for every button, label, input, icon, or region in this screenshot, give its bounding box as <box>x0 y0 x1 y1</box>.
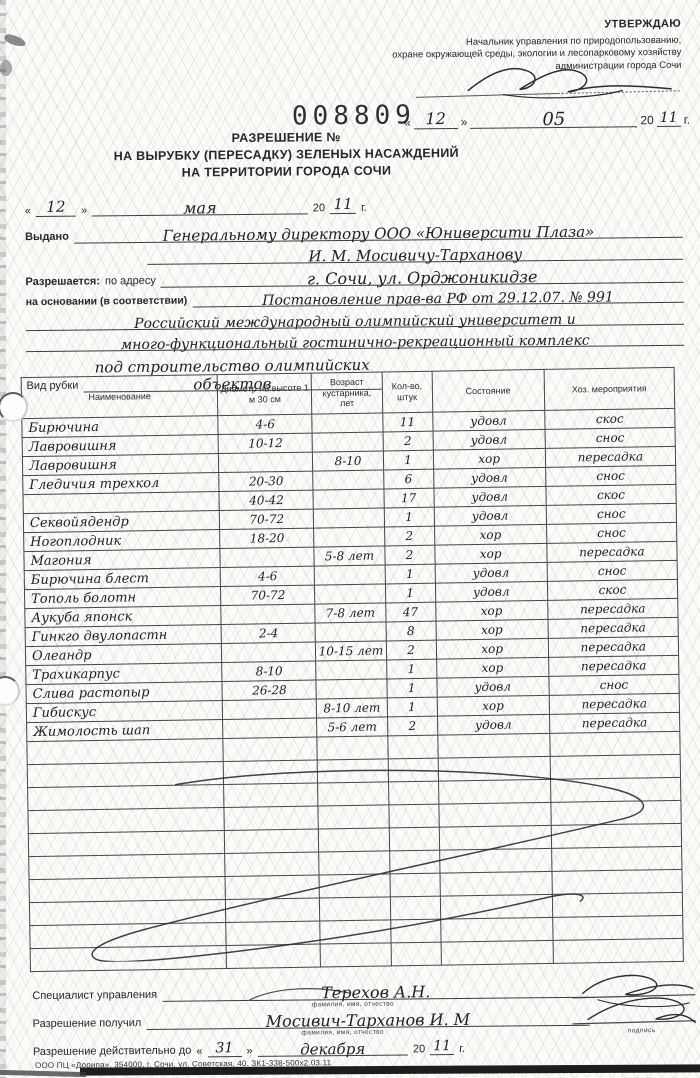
issued-to-label: Выдано <box>25 231 69 244</box>
document-sheet: УТВЕРЖДАЮ Начальник управления по природ… <box>0 0 700 1078</box>
validity-day: 31 <box>207 1040 241 1057</box>
validity-label: Разрешение действительно до <box>33 1045 192 1060</box>
receiver-name: Мосивич-Тарханов И. М <box>266 1010 471 1031</box>
scan-smudge <box>0 60 12 76</box>
quote-open: « <box>196 1045 202 1057</box>
specialist-name: Терехов А.Н. <box>321 982 430 1002</box>
basis-line: Российский международный олимпийский уни… <box>26 308 684 331</box>
validity-line: Разрешение действительно до « 31 » декаб… <box>33 1036 465 1059</box>
top-date-year: 11 <box>657 110 681 127</box>
specialist-line: Специалист управления Терехов А.Н. фамил… <box>32 978 589 1003</box>
quote-open: « <box>25 205 31 217</box>
specialist-label: Специалист управления <box>32 989 157 1003</box>
col-header-diameter: Диаметр на высоте 1 м 30 см <box>217 373 312 415</box>
basis-value-1: Постановление прав-ва РФ от 29.12.07. № … <box>262 289 614 308</box>
validity-year-suffix: г. <box>459 1043 465 1055</box>
permitted-line: Разрешается: по адресу г. Сочи, ул. Ордж… <box>25 263 683 289</box>
permit-number-stamp: 008809 <box>292 100 416 131</box>
validity-year-prefix: 20 <box>413 1043 425 1055</box>
quote-close: » <box>81 205 87 217</box>
sign-caption: подпись <box>628 1027 656 1034</box>
basis-line: на основании (в соответствии) Постановле… <box>26 286 684 309</box>
receiver-line: Разрешение получил Мосивич-Тарханов И. М… <box>33 1006 590 1031</box>
basis-value-3: много-функциональный гостинично-рекреаци… <box>121 333 590 354</box>
issue-date-day: 12 <box>36 198 76 217</box>
top-date-line: « 12 » 05 20 11 г. <box>404 105 690 130</box>
signatures-block: подпись <box>527 969 700 1051</box>
col-header-name: Наименование <box>21 375 218 419</box>
issued-to-line-2: И. М. Мосивичу-Тарханову <box>147 241 683 265</box>
col-header-qty: Кол-во, штук <box>382 371 433 413</box>
plantings-table: Наименование Диаметр на высоте 1 м 30 см… <box>21 367 684 972</box>
approval-title: УТВЕРЖДАЮ <box>241 17 681 36</box>
top-date-year-suffix: г. <box>684 113 690 127</box>
plantings-table-wrap: Наименование Диаметр на высоте 1 м 30 см… <box>21 367 686 963</box>
issue-date-line: « 12 » мая 20 11 г. <box>25 194 367 217</box>
basis-label: на основании (в соответствии) <box>26 295 188 310</box>
issue-date-year-prefix: 20 <box>313 202 325 214</box>
issued-to-person: И. М. Мосивичу-Тарханову <box>308 245 522 265</box>
top-date-year-prefix: 20 <box>640 113 653 127</box>
top-date-day: 12 <box>414 109 458 129</box>
basis-value-2: Российский международный олимпийский уни… <box>134 312 576 332</box>
name-caption: фамилия, имя, отчество <box>302 1029 384 1037</box>
issue-date-year: 11 <box>330 195 356 214</box>
top-date-month: 05 <box>542 109 565 130</box>
receiver-label: Разрешение получил <box>33 1017 142 1031</box>
quote-open: « <box>404 115 411 129</box>
issued-to-line: Выдано Генеральному директору ООО «Юниве… <box>25 219 683 244</box>
scan-content: УТВЕРЖДАЮ Начальник управления по природ… <box>0 0 700 1078</box>
quote-close: » <box>246 1045 252 1057</box>
col-header-state: Состояние <box>432 369 545 412</box>
specialist-signature <box>582 975 693 996</box>
approver-signature <box>407 57 687 106</box>
issue-date-year-suffix: г. <box>361 202 367 214</box>
issue-date-month: мая <box>183 198 217 217</box>
validity-year: 11 <box>430 1038 454 1055</box>
basis-line: много-функциональный гостинично-рекреаци… <box>26 329 684 352</box>
document-title: РАЗРЕШЕНИЕ № НА ВЫРУБКУ (ПЕРЕСАДКУ) ЗЕЛЕ… <box>56 127 516 182</box>
permitted-label: Разрешается: <box>25 275 100 289</box>
permitted-address: г. Сочи, ул. Орджоникидзе <box>307 267 538 288</box>
permitted-sublabel: по адресу <box>105 275 156 288</box>
col-header-action: Хоз. мероприятия <box>544 367 675 410</box>
validity-month: декабря <box>300 1040 365 1059</box>
col-header-age: Возраст кустарника, лет <box>312 372 383 414</box>
table-body: Бирючина4-611удовлскосЛавровишня10-122уд… <box>22 408 684 971</box>
quote-close: » <box>461 115 468 129</box>
